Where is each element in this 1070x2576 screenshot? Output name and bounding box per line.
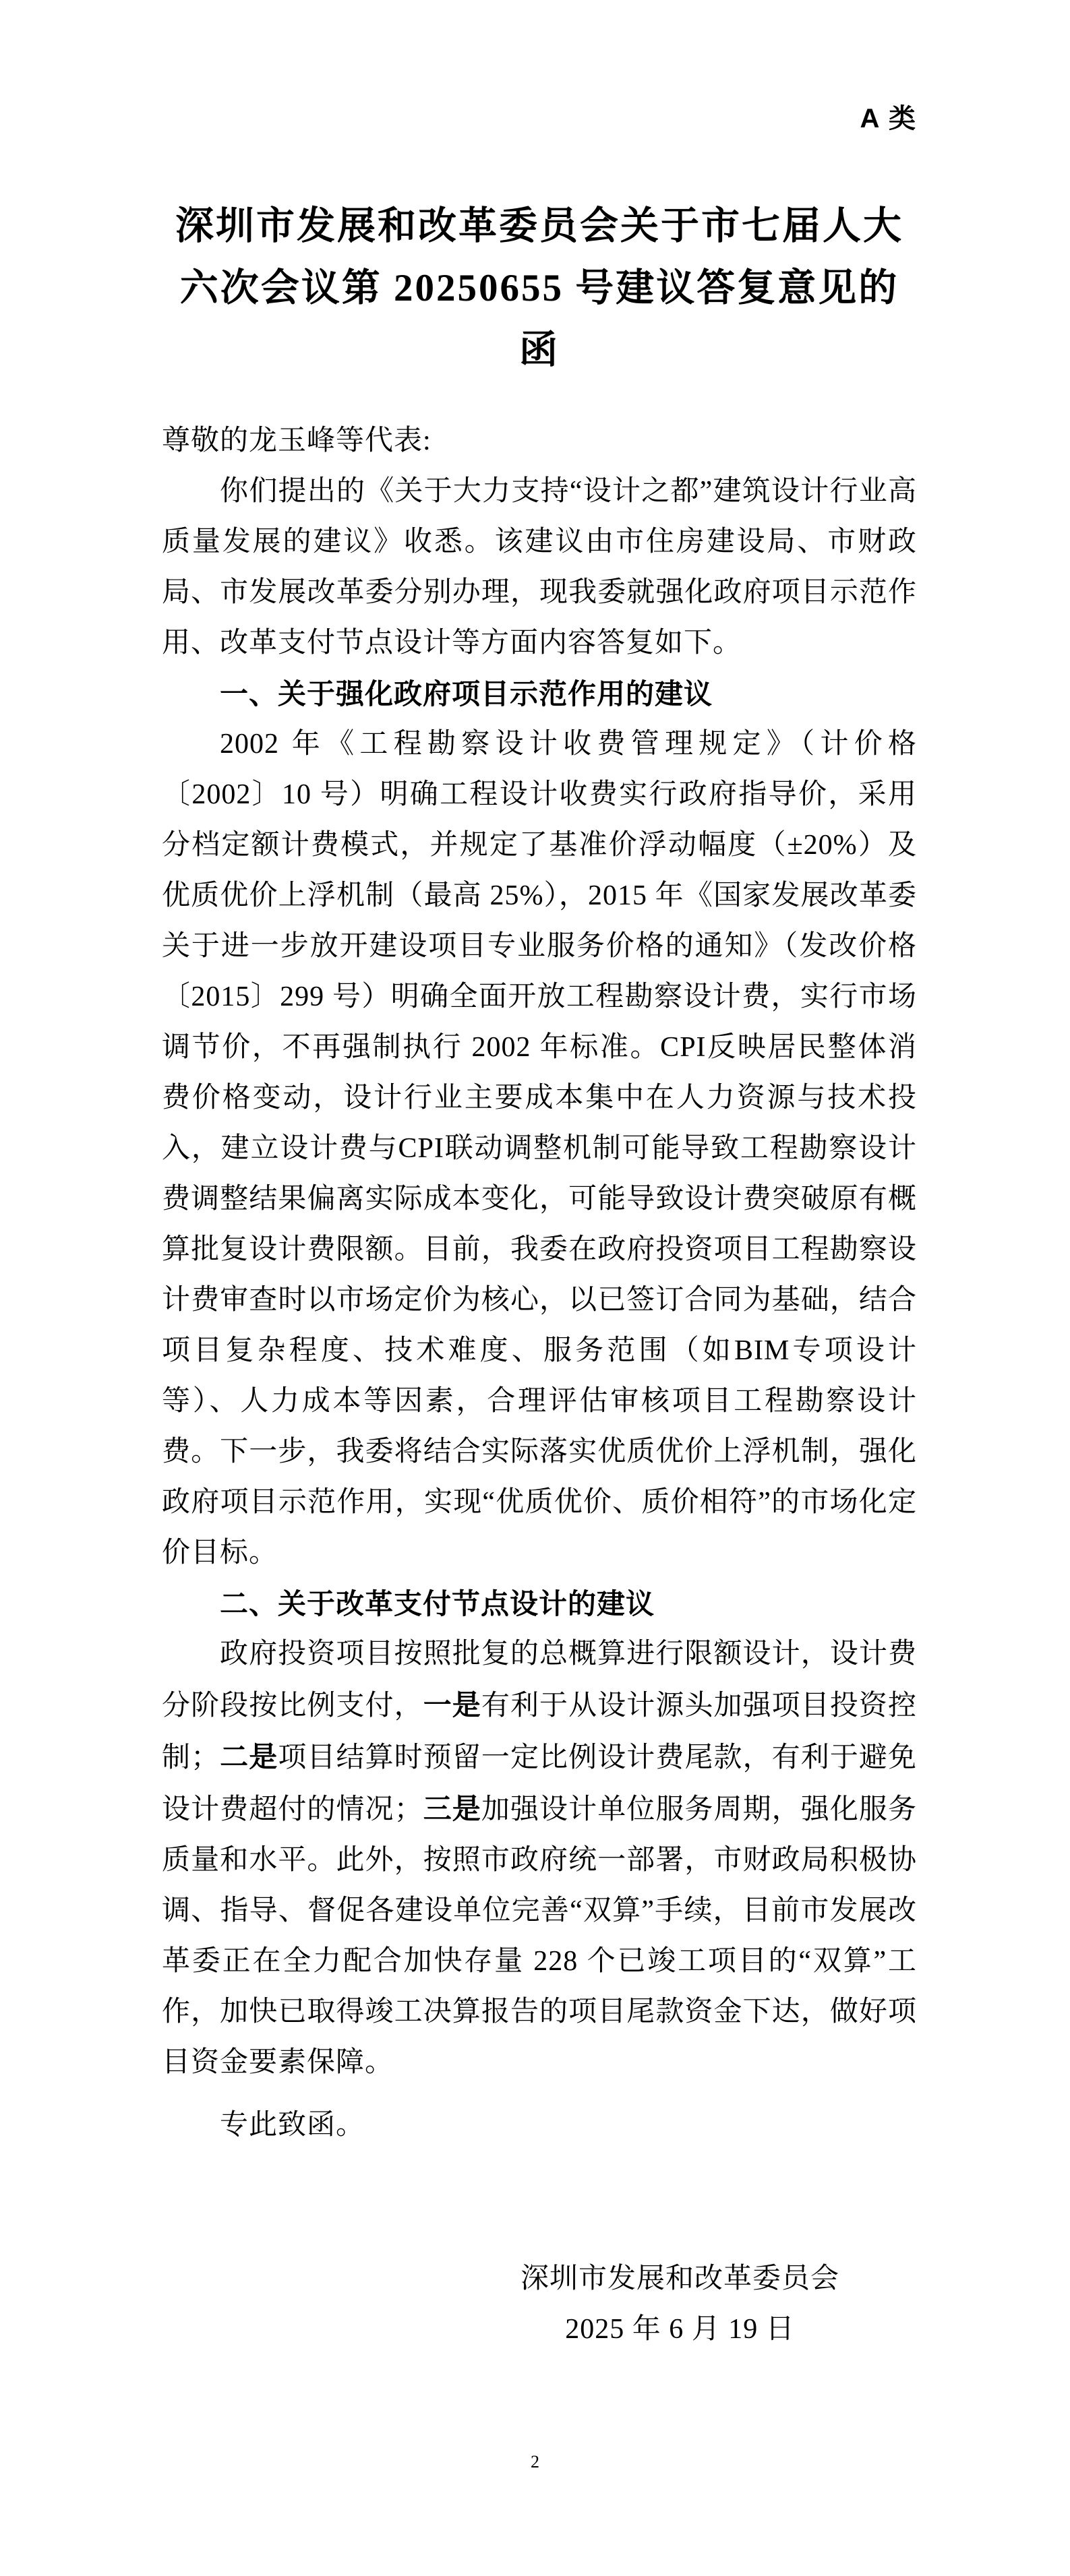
document-page: A 类 深圳市发展和改革委员会关于市七届人大 六次会议第 20250655 号建… [0, 0, 1070, 2576]
payment-reform-segment-4: 加强设计单位服务周期，强化服务质量和水平。此外，按照市政府统一部署，市财政局积极… [162, 1794, 917, 2078]
paragraph-government-demonstration: 2002 年《工程勘察设计收费管理规定》（计价格〔2002〕10 号）明确工程设… [162, 719, 917, 1578]
paragraph-intro: 你们提出的《关于大力支持“设计之都”建筑设计行业高质量发展的建议》收悉。该建议由… [162, 466, 917, 669]
document-title-line-1: 深圳市发展和改革委员会关于市七届人大 [162, 195, 917, 257]
signature-organization: 深圳市发展和改革委员会 [521, 2254, 839, 2304]
document-title: 深圳市发展和改革委员会关于市七届人大 六次会议第 20250655 号建议答复意… [162, 195, 917, 381]
classification-label: A 类 [162, 0, 917, 135]
page-number: 2 [0, 2452, 1070, 2472]
signature-date: 2025 年 6 月 19 日 [521, 2304, 839, 2355]
signature-block: 深圳市发展和改革委员会 2025 年 6 月 19 日 [162, 2254, 917, 2355]
signature-inner: 深圳市发展和改革委员会 2025 年 6 月 19 日 [521, 2254, 839, 2355]
document-content: A 类 深圳市发展和改革委员会关于市七届人大 六次会议第 20250655 号建… [162, 0, 917, 2355]
section-heading-1: 一、关于强化政府项目示范作用的建议 [162, 669, 917, 719]
paragraph-payment-reform: 政府投资项目按照批复的总概算进行限额设计，设计费分阶段按比例支付，一是有利于从设… [162, 1629, 917, 2088]
closing-line: 专此致函。 [162, 2100, 917, 2151]
section-heading-2: 二、关于改革支付节点设计的建议 [162, 1578, 917, 1629]
greeting-line: 尊敬的龙玉峰等代表: [162, 416, 917, 466]
payment-reform-point-1-label: 一是 [423, 1689, 481, 1721]
payment-reform-point-3-label: 三是 [423, 1793, 481, 1824]
document-title-line-2: 六次会议第 20250655 号建议答复意见的函 [162, 257, 917, 381]
document-body: 尊敬的龙玉峰等代表: 你们提出的《关于大力支持“设计之都”建筑设计行业高质量发展… [162, 416, 917, 2355]
payment-reform-point-2-label: 二是 [220, 1741, 278, 1773]
